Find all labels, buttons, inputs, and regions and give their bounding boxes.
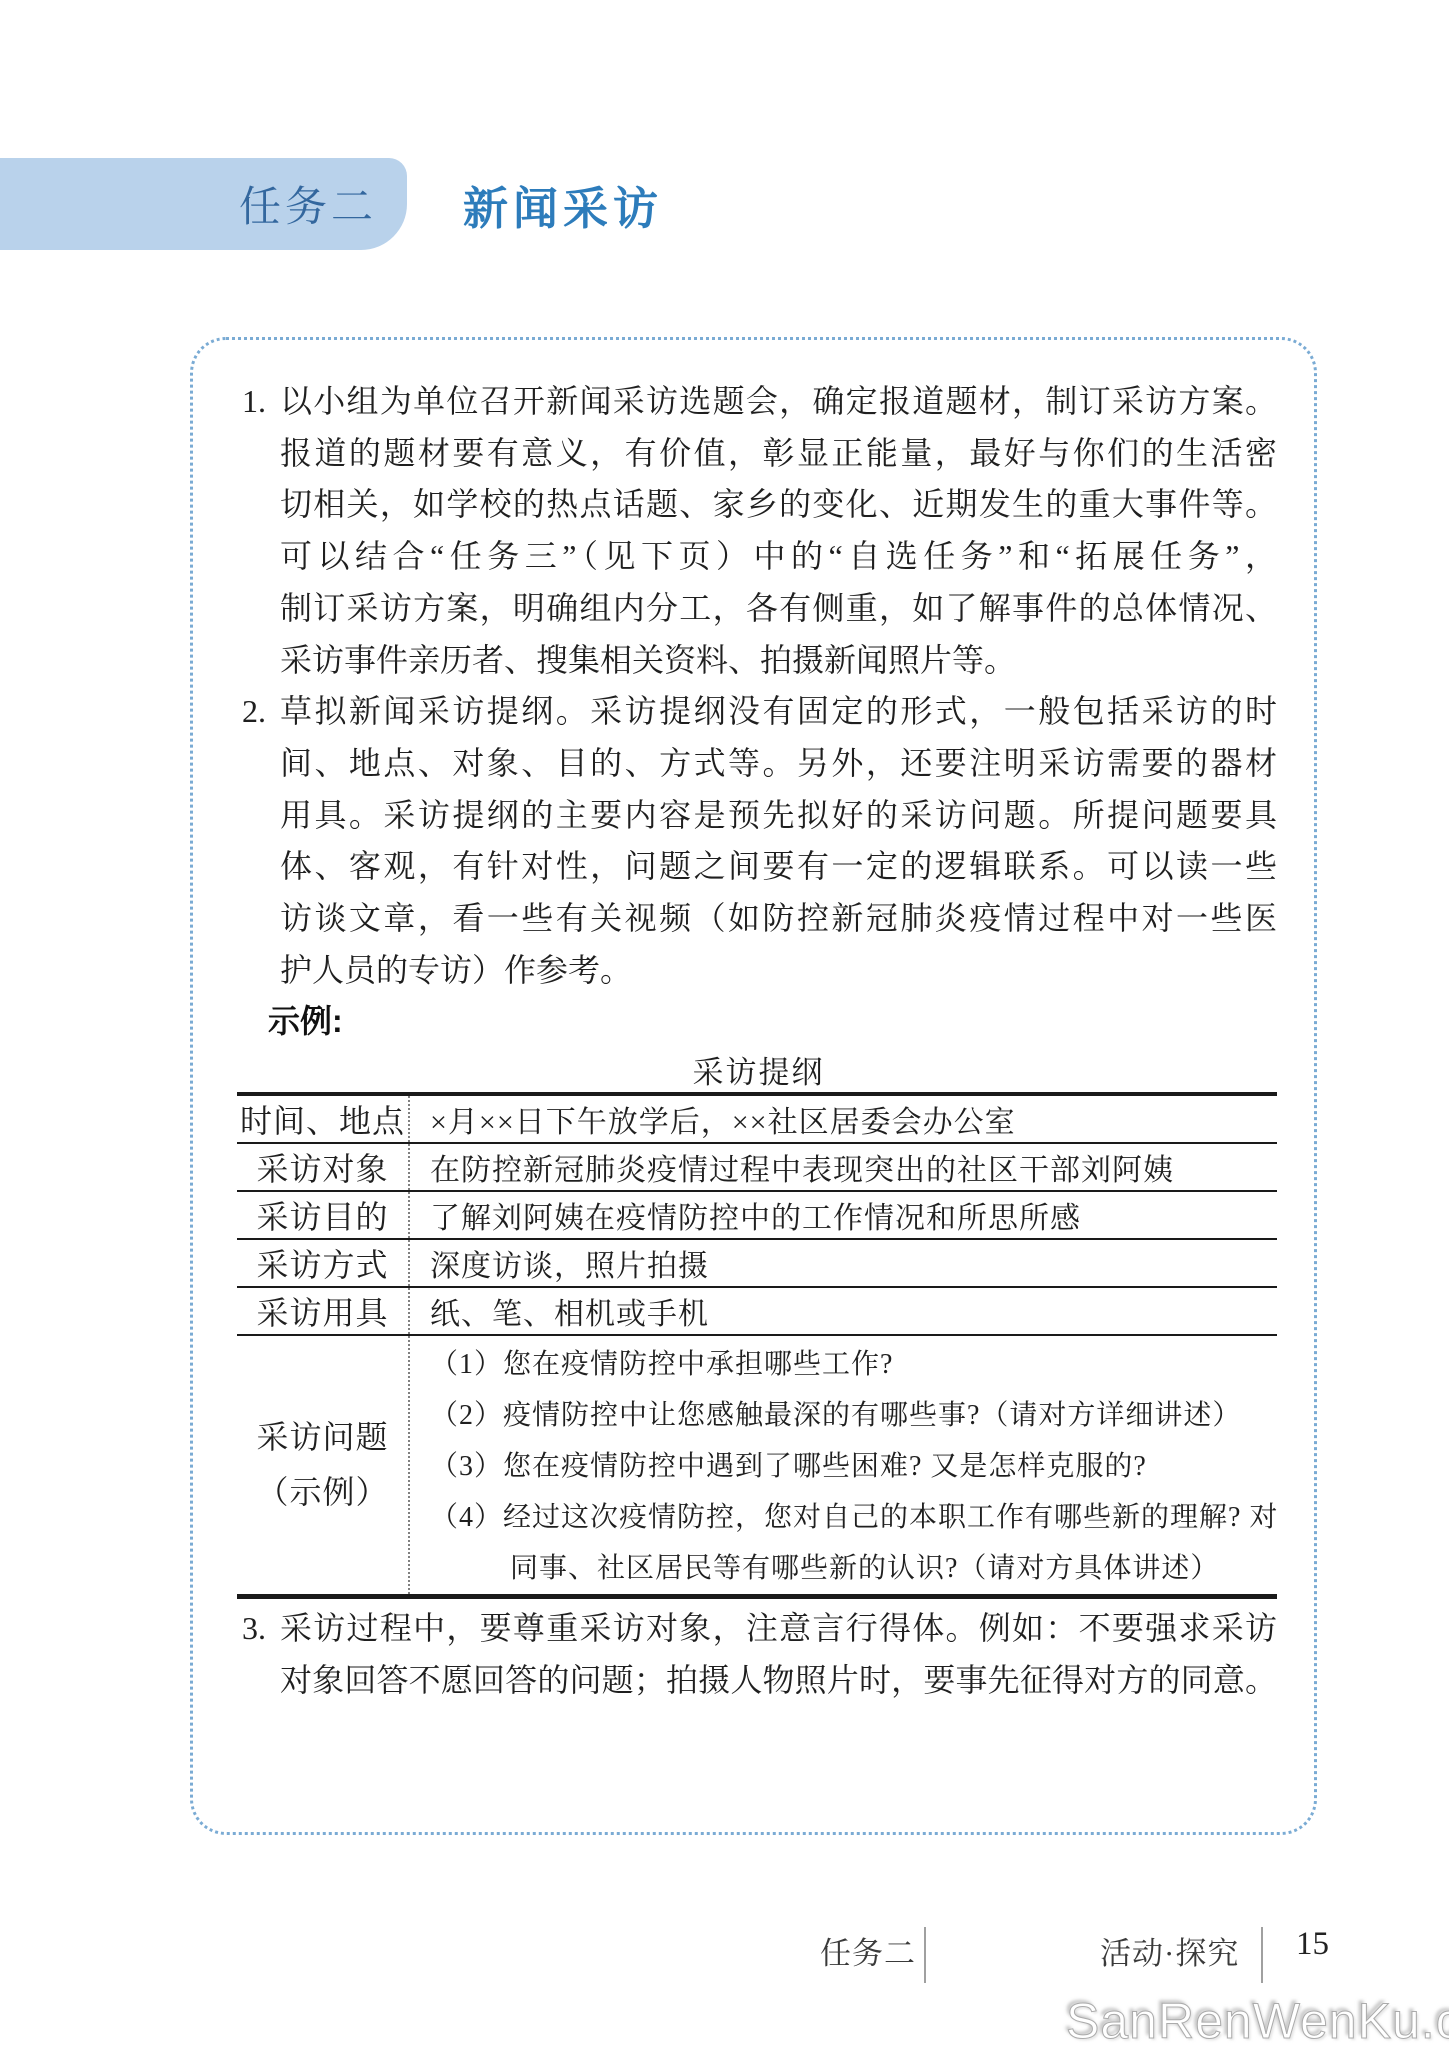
text-line: 切相关，如学校的热点话题、家乡的变化、近期发生的重大事件等。	[280, 479, 1277, 531]
text-line: 体、客观，有针对性，问题之间要有一定的逻辑联系。可以读一些	[280, 841, 1277, 893]
question-line: 同事、社区居民等有哪些新的认识?（请对方具体讲述）	[430, 1543, 1219, 1594]
text-line: 报道的题材要有意义，有价值，彰显正能量，最好与你们的生活密	[280, 428, 1277, 480]
text-line: 采访事件亲历者、搜集相关资料、拍摄新闻照片等。	[280, 635, 1277, 687]
list-item-1: 1. 以小组为单位召开新闻采访选题会，确定报道题材，制订采访方案。报道的题材要有…	[242, 376, 1280, 686]
item-text: 采访过程中，要尊重采访对象，注意言行得体。例如：不要强求采访对象回答不愿回答的问…	[280, 1603, 1277, 1706]
footer-divider	[1261, 1927, 1263, 1983]
row-content: 了解刘阿姨在疫情防控中的工作情况和所思所感	[408, 1192, 1277, 1238]
text-line: 对象回答不愿回答的问题；拍摄人物照片时，要事先征得对方的同意。	[280, 1655, 1277, 1707]
item-text: 以小组为单位召开新闻采访选题会，确定报道题材，制订采访方案。报道的题材要有意义，…	[280, 376, 1277, 686]
task-badge: 任务二	[0, 158, 407, 250]
row-content: 在防控新冠肺炎疫情过程中表现突出的社区干部刘阿姨	[408, 1144, 1277, 1190]
watermark: SanRenWenKu.com	[1066, 1992, 1449, 2047]
list-item-3: 3. 采访过程中，要尊重采访对象，注意言行得体。例如：不要强求采访对象回答不愿回…	[242, 1603, 1280, 1706]
footer-section-label: 活动·探究	[1100, 1928, 1239, 1973]
question-line: （2）疫情防控中让您感触最深的有哪些事?（请对方详细讲述）	[430, 1390, 1241, 1441]
row-label: 采访对象	[237, 1144, 408, 1190]
questions-row: 采访问题（示例） （1）您在疫情防控中承担哪些工作?（2）疫情防控中让您感触最深…	[237, 1336, 1277, 1594]
item-number: 2.	[242, 686, 280, 996]
question-line: （4）经过这次疫情防控，您对自己的本职工作有哪些新的理解? 对	[430, 1492, 1278, 1543]
item-number: 1.	[242, 376, 280, 686]
question-line: （3）您在疫情防控中遇到了哪些困难? 又是怎样克服的?	[430, 1441, 1147, 1492]
footer-divider	[924, 1927, 926, 1983]
text-line: 制订采访方案，明确组内分工，各有侧重，如了解事件的总体情况、	[280, 583, 1277, 635]
item-text: 草拟新闻采访提纲。采访提纲没有固定的形式，一般包括采访的时间、地点、对象、目的、…	[280, 686, 1277, 996]
list-item-2: 2. 草拟新闻采访提纲。采访提纲没有固定的形式，一般包括采访的时间、地点、对象、…	[242, 686, 1280, 996]
text-line: 采访过程中，要尊重采访对象，注意言行得体。例如：不要强求采访	[280, 1603, 1277, 1655]
task-badge-label: 任务二	[239, 174, 377, 234]
row-content: ×月××日下午放学后，××社区居委会办公室	[408, 1096, 1277, 1142]
interview-outline-table: 时间、地点 ×月××日下午放学后，××社区居委会办公室 采访对象 在防控新冠肺炎…	[237, 1092, 1277, 1599]
row-content: 纸、笔、相机或手机	[408, 1288, 1277, 1334]
text-line: 访谈文章，看一些有关视频（如防控新冠肺炎疫情过程中对一些医	[280, 893, 1277, 945]
questions-label-line: 采访问题	[256, 1410, 388, 1465]
text-line: 以小组为单位召开新闻采访选题会，确定报道题材，制订采访方案。	[280, 376, 1277, 428]
page-number: 15	[1296, 1926, 1329, 1963]
row-label: 采访目的	[237, 1192, 408, 1238]
item-number: 3.	[242, 1603, 280, 1706]
table-row: 时间、地点 ×月××日下午放学后，××社区居委会办公室	[237, 1096, 1277, 1144]
example-label: 示例:	[268, 996, 1280, 1048]
question-line: （1）您在疫情防控中承担哪些工作?	[430, 1339, 893, 1390]
questions-label-line: （示例）	[256, 1465, 388, 1520]
questions-content: （1）您在疫情防控中承担哪些工作?（2）疫情防控中让您感触最深的有哪些事?（请对…	[408, 1336, 1278, 1594]
section-title: 新闻采访	[463, 172, 663, 237]
text-line: 护人员的专访）作参考。	[280, 945, 1277, 997]
text-line: 间、地点、对象、目的、方式等。另外，还要注明采访需要的器材	[280, 738, 1277, 790]
activity-box: 1. 以小组为单位召开新闻采访选题会，确定报道题材，制订采访方案。报道的题材要有…	[190, 337, 1317, 1835]
table-row: 采访对象 在防控新冠肺炎疫情过程中表现突出的社区干部刘阿姨	[237, 1144, 1277, 1192]
row-label: 采访用具	[237, 1288, 408, 1334]
table-title: 采访提纲	[237, 1054, 1280, 1092]
text-line: 用具。采访提纲的主要内容是预先拟好的采访问题。所提问题要具	[280, 790, 1277, 842]
table-rows: 时间、地点 ×月××日下午放学后，××社区居委会办公室 采访对象 在防控新冠肺炎…	[237, 1096, 1277, 1336]
text-line: 可以结合“任务三”（见下页）中的“自选任务”和“拓展任务”，	[280, 531, 1277, 583]
table-row: 采访目的 了解刘阿姨在疫情防控中的工作情况和所思所感	[237, 1192, 1277, 1240]
page-header: 任务二 新闻采访	[0, 158, 663, 250]
row-label: 采访方式	[237, 1240, 408, 1286]
row-label: 时间、地点	[237, 1096, 408, 1142]
footer-task-label: 任务二	[820, 1928, 916, 1973]
text-line: 草拟新闻采访提纲。采访提纲没有固定的形式，一般包括采访的时	[280, 686, 1277, 738]
questions-label: 采访问题（示例）	[237, 1336, 408, 1594]
table-row: 采访方式 深度访谈，照片拍摄	[237, 1240, 1277, 1288]
row-content: 深度访谈，照片拍摄	[408, 1240, 1277, 1286]
table-row: 采访用具 纸、笔、相机或手机	[237, 1288, 1277, 1336]
